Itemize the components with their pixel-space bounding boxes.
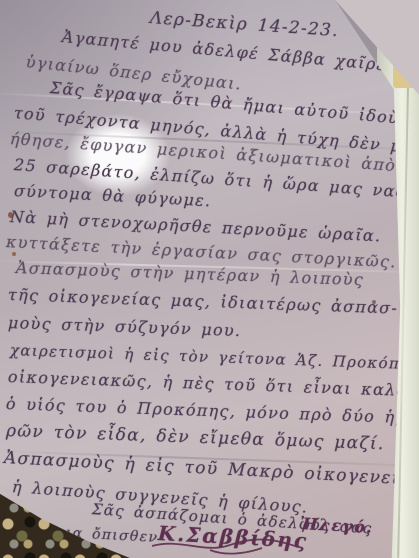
handwritten-line: ρῶν τὸν εἶδα, δὲν εἴμεθα ὅμως μαζί. xyxy=(6,421,385,454)
handwritten-line: μοὺς στὴν σύζυγόν μου. xyxy=(8,313,242,340)
handwritten-line: οἰκογενειακῶς, ἡ πὲς τοῦ ὅτι εἶναι καλὰ xyxy=(8,367,409,400)
handwritten-line: τῆς οἰκογενείας μας, ἰδιαιτέρως ἀσπασ- xyxy=(8,285,399,318)
ink-speck xyxy=(12,252,16,256)
signature-flourish xyxy=(150,536,300,556)
signature-extra: Ἠλεγό. xyxy=(300,514,374,537)
letter-paper: Λερ-Βεκὶρ 14-2-23. Ἀγαπητέ μου ἀδελφέ Σά… xyxy=(0,0,419,558)
letter-photo: Λερ-Βεκὶρ 14-2-23. Ἀγαπητέ μου ἀδελφέ Σά… xyxy=(0,0,419,558)
